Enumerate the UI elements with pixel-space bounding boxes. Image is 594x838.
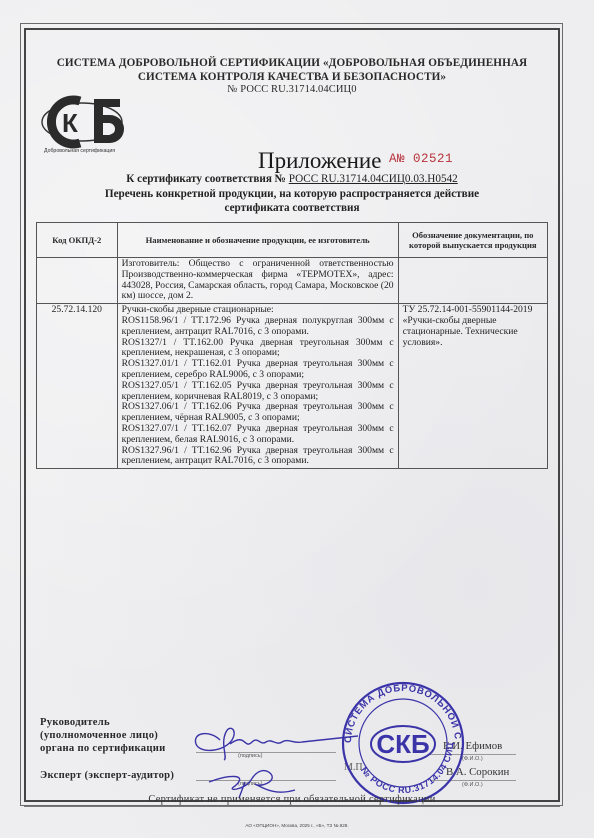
skb-logo-icon: К	[40, 95, 140, 155]
manufacturer-cell: Изготовитель: Общество с ограниченной от…	[117, 258, 398, 304]
column-header-documentation: Обозначение документации, по которой вып…	[398, 223, 547, 258]
products-table: Код ОКПД-2 Наименование и обозначение пр…	[36, 222, 548, 469]
product-item: ROS1327.07/1 / TT.162.07 Ручка дверная т…	[122, 424, 394, 446]
head-label-line-3: органа по сертификации	[40, 742, 166, 755]
list-description-line-1: Перечень конкретной продукции, на котору…	[24, 188, 560, 200]
column-header-product-name: Наименование и обозначение продукции, ее…	[117, 223, 398, 258]
certificate-reference: К сертификату соответствия № РОСС RU.317…	[24, 173, 560, 185]
certification-stamp-icon: СИСТЕМА ДОБРОВОЛЬНОЙ СЕРТИФИКАЦИИ № РОСС…	[340, 680, 466, 806]
column-header-okpd-code: Код ОКПД-2	[37, 223, 118, 258]
printer-imprint: АО «ОПЦИОН», Москва, 2025 г., «Б», ТЗ № …	[0, 823, 594, 828]
list-description-line-2: сертификата соответствия	[24, 202, 560, 214]
product-item: ROS1327.96/1 / TT.162.96 Ручка дверная т…	[122, 446, 394, 468]
products-cell: Ручки-скобы дверные стационарные: ROS115…	[117, 304, 398, 469]
footer-divider	[24, 806, 560, 807]
product-item: ROS1158.96/1 / TT.172.96 Ручка дверная п…	[122, 316, 394, 338]
product-item: ROS1327/1 / TT.162.00 Ручка дверная треу…	[122, 338, 394, 360]
logo-caption: Добровольная сертификация	[44, 148, 115, 154]
empty-cell	[398, 258, 547, 304]
system-title-line-2: СИСТЕМА КОНТРОЛЯ КАЧЕСТВА И БЕЗОПАСНОСТИ…	[24, 71, 560, 83]
table-row-manufacturer: Изготовитель: Общество с ограниченной от…	[37, 258, 548, 304]
okpd-code-cell: 25.72.14.120	[37, 304, 118, 469]
certificate-number: РОСС RU.31714.04СИЦ0.03.Н0542	[289, 173, 458, 185]
product-item: ROS1327.06/1 / TT.162.06 Ручка дверная т…	[122, 402, 394, 424]
stamp-center-letters: СКБ	[376, 729, 429, 759]
certificate-prefix: К сертификату соответствия №	[126, 173, 288, 185]
system-title-line-1: СИСТЕМА ДОБРОВОЛЬНОЙ СЕРТИФИКАЦИИ «ДОБРО…	[24, 57, 560, 69]
product-item: ROS1327.01/1 / TT.162.01 Ручка дверная т…	[122, 359, 394, 381]
system-registration-number: № РОСС RU.31714.04СИЦ0	[24, 84, 560, 95]
appendix-number: А№ 02521	[389, 152, 453, 166]
head-signature-icon	[190, 722, 360, 762]
documentation-cell: ТУ 25.72.14-001-55901144-2019 «Ручки-ско…	[398, 304, 547, 469]
table-header-row: Код ОКПД-2 Наименование и обозначение пр…	[37, 223, 548, 258]
head-label: Руководитель (уполномоченное лицо) орган…	[40, 716, 166, 755]
voluntary-notice: Сертификат не применяется при обязательн…	[24, 794, 560, 805]
expert-label: Эксперт (эксперт-аудитор)	[40, 769, 174, 782]
table-row-products: 25.72.14.120 Ручки-скобы дверные стацион…	[37, 304, 548, 469]
head-label-line-2: (уполномоченное лицо)	[40, 729, 166, 742]
appendix-title: Приложение	[258, 148, 381, 174]
product-item: ROS1327.05/1 / TT.162.05 Ручка дверная т…	[122, 381, 394, 403]
head-label-line-1: Руководитель	[40, 716, 166, 729]
empty-cell	[37, 258, 118, 304]
svg-text:К: К	[62, 108, 78, 138]
